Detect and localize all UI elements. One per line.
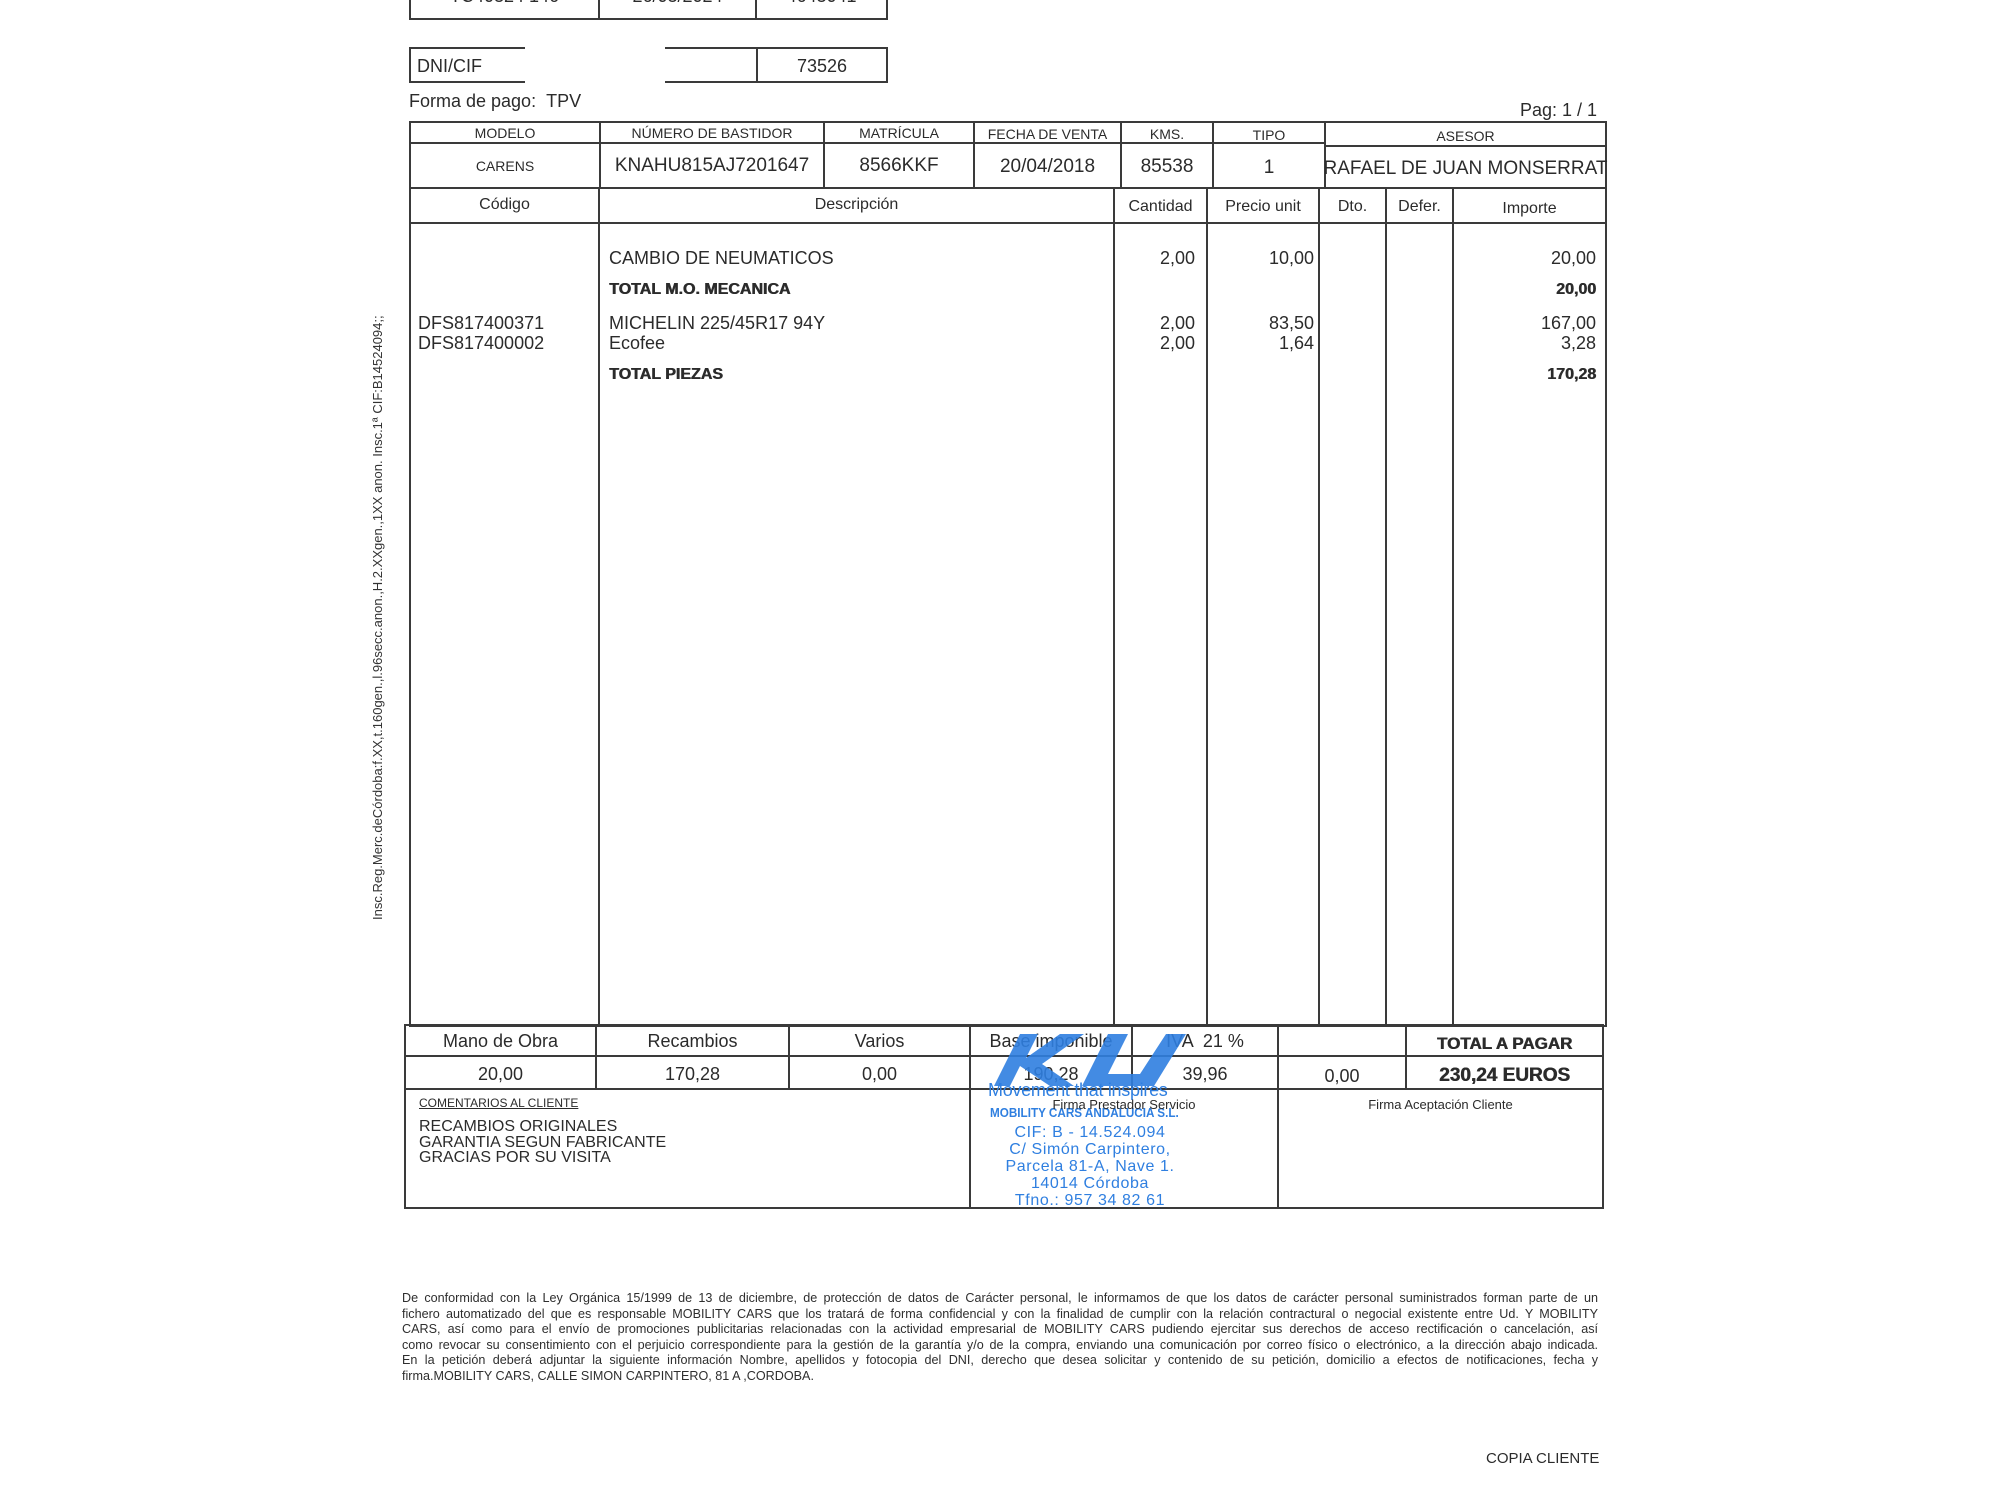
legal-line: CARS, así como para el envío de promocio… xyxy=(402,1322,1598,1338)
divider xyxy=(598,187,600,1027)
copy-label: COPIA CLIENTE xyxy=(1486,1450,1599,1467)
stamp-line: C/ Simón Carpintero, xyxy=(990,1141,1190,1158)
page-indicator: Pag: 1 / 1 xyxy=(1520,100,1597,120)
header-total-due: TOTAL A PAGAR xyxy=(1407,1033,1602,1055)
line-discount xyxy=(1320,333,1382,353)
client-signature-label: Firma Aceptación Cliente xyxy=(1279,1096,1602,1112)
line-deferred xyxy=(1387,313,1449,333)
invoice-date: 26/03/2024 xyxy=(600,0,755,6)
line-code: DFS817400371 xyxy=(418,313,593,333)
header-model: MODELO xyxy=(411,124,599,142)
vehicle-sale-date: 20/04/2018 xyxy=(975,156,1120,178)
header-unit-price: Precio unit xyxy=(1208,197,1318,217)
provider-signature-label: Firma Prestador Servicio xyxy=(971,1096,1277,1112)
line-unit-price xyxy=(1208,280,1314,300)
client-code: 73526 xyxy=(758,55,886,77)
line-amount: 167,00 xyxy=(1454,313,1596,333)
divider xyxy=(409,222,1607,224)
misc-total: 0,00 xyxy=(790,1063,969,1085)
line-discount xyxy=(1320,280,1382,300)
stamp-line: 14014 Córdoba xyxy=(990,1175,1190,1192)
legal-notice: De conformidad con la Ley Orgánica 15/19… xyxy=(402,1291,1598,1384)
line-description: Ecofee xyxy=(609,333,1109,353)
line-description: MICHELIN 225/45R17 94Y xyxy=(609,313,1109,333)
line-code: DFS817400002 xyxy=(418,333,593,353)
line-deferred xyxy=(1387,365,1449,385)
header-code: Código xyxy=(411,195,598,215)
header-kms: KMS. xyxy=(1122,125,1212,143)
invoice-code: 4643041 xyxy=(757,0,886,6)
header-misc: Varios xyxy=(790,1030,969,1052)
legal-line: De conformidad con la Ley Orgánica 15/19… xyxy=(402,1291,1598,1307)
line-deferred xyxy=(1387,333,1449,353)
line-deferred xyxy=(1387,280,1449,300)
comment-line: GARANTIA SEGUN FABRICANTE xyxy=(419,1135,666,1151)
line-amount: 20,00 xyxy=(1454,248,1596,268)
line-description: TOTAL PIEZAS xyxy=(609,365,1109,385)
total-due: 230,24 EUROS xyxy=(1407,1065,1602,1087)
line-discount xyxy=(1320,365,1382,385)
header-plate: MATRÍCULA xyxy=(825,124,973,142)
stamp-line: CIF: B - 14.524.094 xyxy=(990,1124,1190,1141)
line-amount: 3,28 xyxy=(1454,333,1596,353)
line-description: TOTAL M.O. MECANICA xyxy=(609,280,1109,300)
line-deferred xyxy=(1387,248,1449,268)
line-discount xyxy=(1320,313,1382,333)
legal-line: firma.MOBILITY CARS, CALLE SIMON CARPINT… xyxy=(402,1369,1598,1385)
stamp-line: Parcela 81-A, Nave 1. xyxy=(990,1158,1190,1175)
line-quantity: 2,00 xyxy=(1115,248,1195,268)
vehicle-kms: 85538 xyxy=(1122,156,1212,178)
divider xyxy=(1324,145,1607,147)
vehicle-type: 1 xyxy=(1214,157,1324,179)
legal-line: como revocar su consentimiento con el pe… xyxy=(402,1338,1598,1354)
legal-line: fichero automatizado del que es responsa… xyxy=(402,1307,1598,1323)
line-amount: 170,28 xyxy=(1454,365,1596,385)
dni-label: DNI/CIF xyxy=(417,55,482,77)
payment-method: Forma de pago: TPV xyxy=(409,91,581,111)
payment-value: TPV xyxy=(546,91,581,111)
header-sale-date: FECHA DE VENTA xyxy=(975,125,1120,143)
comment-line: RECAMBIOS ORIGINALES xyxy=(419,1119,666,1135)
line-quantity: 2,00 xyxy=(1115,333,1195,353)
payment-label: Forma de pago: xyxy=(409,91,536,111)
header-blank xyxy=(1279,1030,1405,1052)
header-amount: Importe xyxy=(1454,199,1605,219)
labour-total: 20,00 xyxy=(406,1063,595,1085)
legal-line: En la petición deberá adjuntar la siguie… xyxy=(402,1353,1598,1369)
header-parts: Recambios xyxy=(597,1030,788,1052)
line-unit-price: 1,64 xyxy=(1208,333,1314,353)
stamp-address: CIF: B - 14.524.094 C/ Simón Carpintero,… xyxy=(990,1124,1190,1209)
header-labour: Mano de Obra xyxy=(406,1030,595,1052)
comments-title: COMENTARIOS AL CLIENTE xyxy=(419,1096,578,1110)
vehicle-plate: 8566KKF xyxy=(825,155,973,177)
vehicle-advisor: RAFAEL DE JUAN MONSERRAT xyxy=(1326,158,1605,180)
vehicle-vin: KNAHU815AJ7201647 xyxy=(601,155,823,177)
header-discount: Dto. xyxy=(1320,197,1385,217)
comment-line: GRACIAS POR SU VISITA xyxy=(419,1150,666,1166)
registry-text: Insc.Reg.Merc.deCórdoba:f.XX,t.160gen.,l… xyxy=(370,315,385,920)
header-description: Descripción xyxy=(600,195,1113,215)
line-unit-price xyxy=(1208,365,1314,385)
comments-list: RECAMBIOS ORIGINALES GARANTIA SEGUN FABR… xyxy=(419,1119,666,1166)
header-quantity: Cantidad xyxy=(1115,197,1206,217)
parts-total: 170,28 xyxy=(597,1063,788,1085)
stamp-line: Tfno.: 957 34 82 61 xyxy=(990,1192,1190,1209)
redacted-area xyxy=(525,44,665,86)
line-unit-price: 10,00 xyxy=(1208,248,1314,268)
line-description: CAMBIO DE NEUMATICOS xyxy=(609,248,1109,268)
line-discount xyxy=(1320,248,1382,268)
line-amount: 20,00 xyxy=(1454,280,1596,300)
line-quantity: 2,00 xyxy=(1115,313,1195,333)
line-code xyxy=(418,248,593,268)
line-code xyxy=(418,280,593,300)
header-deferred: Defer. xyxy=(1387,197,1452,217)
blank-total: 0,00 xyxy=(1279,1065,1405,1087)
header-vin: NÚMERO DE BASTIDOR xyxy=(601,124,823,142)
line-quantity xyxy=(1115,280,1195,300)
line-unit-price: 83,50 xyxy=(1208,313,1314,333)
invoice-number: TC40324 146 xyxy=(411,0,598,6)
line-quantity xyxy=(1115,365,1195,385)
vehicle-model: CARENS xyxy=(411,155,599,177)
line-code xyxy=(418,365,593,385)
header-advisor: ASESOR xyxy=(1326,127,1605,145)
header-type: TIPO xyxy=(1214,126,1324,144)
